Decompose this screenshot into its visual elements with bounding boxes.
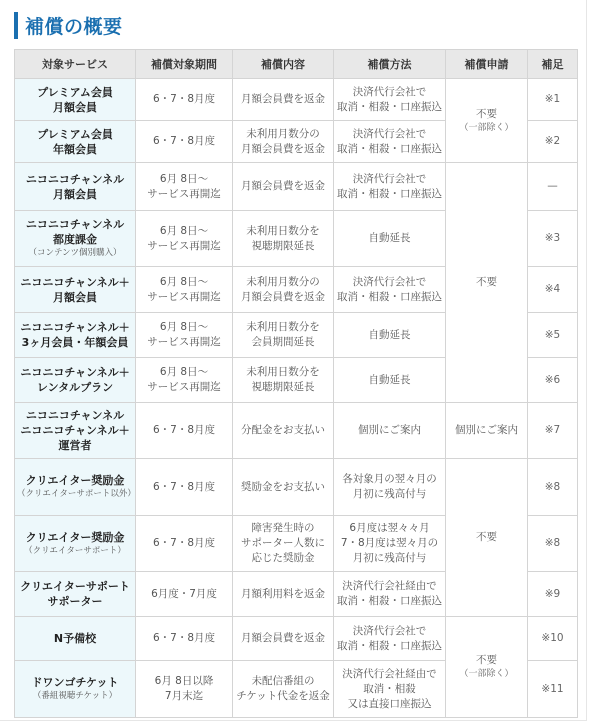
method-line: 決済代行会社で	[336, 85, 443, 100]
application-label: 個別にご案内	[448, 423, 525, 438]
period-line: 6月 8日〜	[138, 320, 230, 335]
application-label: 不要	[448, 275, 525, 290]
note-cell: ※9	[528, 572, 578, 617]
method-line: 取消・相殺・口座振込	[336, 142, 443, 157]
method-cell: 決済代行会社経由で 取消・相殺・口座振込	[334, 572, 446, 617]
content-line: 未配信番組の	[235, 674, 331, 689]
method-line: 月初に残高付与	[336, 487, 443, 502]
content-cell: 分配金をお支払い	[233, 403, 334, 459]
method-line: 取消・相殺・口座振込	[336, 187, 443, 202]
content-line: 未利用月数分の	[235, 275, 331, 290]
service-name-line: ニコニコチャンネル＋	[17, 365, 133, 380]
method-cell: 自動延長	[334, 358, 446, 403]
content-cell: 月額会員費を返金	[233, 79, 334, 121]
table-row: ニコニコチャンネル ニコニコチャンネル＋ 運営者 6・7・8月度 分配金をお支払…	[15, 403, 578, 459]
service-name-line: 都度課金	[17, 232, 133, 247]
content-cell: 月額会員費を返金	[233, 617, 334, 661]
content-line: 奨励金をお支払い	[235, 480, 331, 495]
period-cell: 6月 8日以降 7月末迄	[136, 661, 233, 718]
service-cell: ニコニコチャンネル 都度課金 （コンテンツ個別購入）	[15, 211, 136, 267]
service-name-line: 月額会員	[17, 290, 133, 305]
content-cell: 未利用月数分の 月額会員費を返金	[233, 267, 334, 313]
method-cell: 6月度は翌々々月 7・8月度は翌々月の 月初に残高付与	[334, 516, 446, 572]
content-line: 月額会員費を返金	[235, 142, 331, 157]
service-cell: ニコニコチャンネル ニコニコチャンネル＋ 運営者	[15, 403, 136, 459]
page-title: 補償の概要	[25, 12, 123, 39]
period-cell: 6・7・8月度	[136, 121, 233, 163]
application-cell: 不要 （一部除く）	[446, 617, 528, 718]
period-line: 7月末迄	[138, 689, 230, 704]
table-header-row: 対象サービス 補償対象期間 補償内容 補償方法 補償申請 補足	[15, 50, 578, 79]
table-row: プレミアム会員 月額会員 6・7・8月度 月額会員費を返金 決済代行会社で 取消…	[15, 79, 578, 121]
period-cell: 6月 8日〜 サービス再開迄	[136, 211, 233, 267]
method-line: 又は直接口座振込	[336, 697, 443, 712]
service-name-line: 月額会員	[17, 187, 133, 202]
period-line: サービス再開迄	[138, 380, 230, 395]
period-line: 6月 8日〜	[138, 275, 230, 290]
note-cell: —	[528, 163, 578, 211]
note-cell: ※8	[528, 459, 578, 516]
service-name-line: ニコニコチャンネル＋	[17, 320, 133, 335]
method-cell: 決済代行会社で 取消・相殺・口座振込	[334, 121, 446, 163]
note-cell: ※4	[528, 267, 578, 313]
header-note: 補足	[528, 50, 578, 79]
content-cell: 未利用日数分を 会員期間延長	[233, 313, 334, 358]
application-sub: （一部除く）	[448, 668, 525, 681]
service-name-line: ニコニコチャンネル	[17, 217, 133, 232]
method-cell: 決済代行会社で 取消・相殺・口座振込	[334, 267, 446, 313]
period-cell: 6月 8日〜 サービス再開迄	[136, 163, 233, 211]
method-line: 取消・相殺・口座振込	[336, 100, 443, 115]
method-line: 月初に残高付与	[336, 551, 443, 566]
note-cell: ※5	[528, 313, 578, 358]
service-cell: ニコニコチャンネル＋ レンタルプラン	[15, 358, 136, 403]
method-line: 決済代行会社で	[336, 275, 443, 290]
application-label: 不要	[448, 530, 525, 545]
note-cell: ※6	[528, 358, 578, 403]
method-line: 自動延長	[336, 373, 443, 388]
method-line: 取消・相殺・口座振込	[336, 290, 443, 305]
application-cell: 個別にご案内	[446, 403, 528, 459]
method-line: 個別にご案内	[336, 423, 443, 438]
method-line: 取消・相殺・口座振込	[336, 639, 443, 654]
method-line: 決済代行会社で	[336, 172, 443, 187]
note-cell: ※3	[528, 211, 578, 267]
period-line: 6・7・8月度	[138, 92, 230, 107]
period-cell: 6・7・8月度	[136, 79, 233, 121]
method-line: 決済代行会社経由で	[336, 667, 443, 682]
period-line: サービス再開迄	[138, 290, 230, 305]
application-label: 不要	[448, 107, 525, 122]
period-cell: 6・7・8月度	[136, 459, 233, 516]
application-cell: 不要	[446, 163, 528, 403]
period-line: サービス再開迄	[138, 335, 230, 350]
service-name-line: N予備校	[17, 631, 133, 646]
service-cell: クリエイターサポート サポーター	[15, 572, 136, 617]
application-cell: 不要 （一部除く）	[446, 79, 528, 163]
compensation-table: 対象サービス 補償対象期間 補償内容 補償方法 補償申請 補足 プレミアム会員 …	[14, 49, 578, 718]
content-line: 分配金をお支払い	[235, 423, 331, 438]
content-line: 障害発生時の	[235, 521, 331, 536]
period-cell: 6・7・8月度	[136, 516, 233, 572]
content-line: 未利用日数分を	[235, 320, 331, 335]
content-cell: 未利用月数分の 月額会員費を返金	[233, 121, 334, 163]
content-cell: 未利用日数分を 視聴期限延長	[233, 211, 334, 267]
service-name-line: 3ヶ月会員・年額会員	[17, 335, 133, 350]
service-cell: クリエイター奨励金 （クリエイターサポート）	[15, 516, 136, 572]
header-application: 補償申請	[446, 50, 528, 79]
service-name-line: ニコニコチャンネル	[17, 172, 133, 187]
content-line: サポーター人数に	[235, 536, 331, 551]
service-name-line: サポーター	[17, 594, 133, 609]
content-cell: 月額会員費を返金	[233, 163, 334, 211]
method-line: 決済代行会社で	[336, 624, 443, 639]
header-period: 補償対象期間	[136, 50, 233, 79]
application-sub: （一部除く）	[448, 122, 525, 135]
period-cell: 6月 8日〜 サービス再開迄	[136, 267, 233, 313]
service-name-line: クリエイターサポート	[17, 579, 133, 594]
period-line: 6・7・8月度	[138, 480, 230, 495]
header-service: 対象サービス	[15, 50, 136, 79]
content-line: 月額会員費を返金	[235, 92, 331, 107]
period-cell: 6月 8日〜 サービス再開迄	[136, 358, 233, 403]
service-name-line: プレミアム会員	[17, 127, 133, 142]
note-cell: ※11	[528, 661, 578, 718]
application-label: 不要	[448, 653, 525, 668]
service-cell: クリエイター奨励金 （クリエイターサポート以外）	[15, 459, 136, 516]
heading-accent-bar	[14, 12, 18, 39]
method-line: 自動延長	[336, 231, 443, 246]
note-cell: ※7	[528, 403, 578, 459]
method-cell: 自動延長	[334, 211, 446, 267]
service-name-line: クリエイター奨励金	[17, 473, 133, 488]
service-name-line: プレミアム会員	[17, 85, 133, 100]
period-line: 6・7・8月度	[138, 631, 230, 646]
method-line: 決済代行会社で	[336, 127, 443, 142]
method-line: 7・8月度は翌々月の	[336, 536, 443, 551]
service-subtitle: （番組視聴チケット）	[17, 690, 133, 703]
period-line: 6月 8日〜	[138, 224, 230, 239]
method-line: 各対象月の翌々月の	[336, 472, 443, 487]
note-cell: ※8	[528, 516, 578, 572]
content-line: 月額会員費を返金	[235, 631, 331, 646]
method-line: 自動延長	[336, 328, 443, 343]
header-content: 補償内容	[233, 50, 334, 79]
content-cell: 障害発生時の サポーター人数に 応じた奨励金	[233, 516, 334, 572]
period-line: 6・7・8月度	[138, 423, 230, 438]
method-line: 取消・相殺・口座振込	[336, 594, 443, 609]
method-cell: 決済代行会社で 取消・相殺・口座振込	[334, 163, 446, 211]
header-method: 補償方法	[334, 50, 446, 79]
service-cell: プレミアム会員 年額会員	[15, 121, 136, 163]
service-cell: ニコニコチャンネル＋ 月額会員	[15, 267, 136, 313]
service-cell: ドワンゴチケット （番組視聴チケット）	[15, 661, 136, 718]
service-name-line: ニコニコチャンネル＋	[17, 423, 133, 438]
table-row: ニコニコチャンネル 月額会員 6月 8日〜 サービス再開迄 月額会員費を返金 決…	[15, 163, 578, 211]
content-line: 未利用月数分の	[235, 127, 331, 142]
service-name-line: 運営者	[17, 438, 133, 453]
period-line: 6・7・8月度	[138, 134, 230, 149]
service-cell: N予備校	[15, 617, 136, 661]
method-line: 6月度は翌々々月	[336, 521, 443, 536]
service-name-line: 年額会員	[17, 142, 133, 157]
period-line: 6月 8日〜	[138, 365, 230, 380]
period-cell: 6・7・8月度	[136, 403, 233, 459]
content-line: チケット代金を返金	[235, 689, 331, 704]
method-cell: 決済代行会社で 取消・相殺・口座振込	[334, 617, 446, 661]
service-name-line: ニコニコチャンネル＋	[17, 275, 133, 290]
content-line: 視聴期限延長	[235, 239, 331, 254]
content-line: 会員期間延長	[235, 335, 331, 350]
service-cell: プレミアム会員 月額会員	[15, 79, 136, 121]
content-line: 応じた奨励金	[235, 551, 331, 566]
period-line: サービス再開迄	[138, 187, 230, 202]
service-name-line: ニコニコチャンネル	[17, 408, 133, 423]
period-line: 6・7・8月度	[138, 536, 230, 551]
method-cell: 各対象月の翌々月の 月初に残高付与	[334, 459, 446, 516]
content-cell: 未利用日数分を 視聴期限延長	[233, 358, 334, 403]
content-cell: 未配信番組の チケット代金を返金	[233, 661, 334, 718]
method-cell: 個別にご案内	[334, 403, 446, 459]
table-row: N予備校 6・7・8月度 月額会員費を返金 決済代行会社で 取消・相殺・口座振込…	[15, 617, 578, 661]
service-subtitle: （クリエイターサポート以外）	[17, 488, 133, 501]
service-name-line: 月額会員	[17, 100, 133, 115]
section-heading: 補償の概要	[14, 11, 123, 39]
content-cell: 月額利用料を返金	[233, 572, 334, 617]
period-cell: 6・7・8月度	[136, 617, 233, 661]
period-line: サービス再開迄	[138, 239, 230, 254]
content-line: 月額会員費を返金	[235, 290, 331, 305]
table-row: クリエイター奨励金 （クリエイターサポート以外） 6・7・8月度 奨励金をお支払…	[15, 459, 578, 516]
service-cell: ニコニコチャンネル 月額会員	[15, 163, 136, 211]
service-name-line: ドワンゴチケット	[17, 675, 133, 690]
method-cell: 決済代行会社で 取消・相殺・口座振込	[334, 79, 446, 121]
period-line: 6月度・7月度	[138, 587, 230, 602]
application-cell: 不要	[446, 459, 528, 617]
content-line: 月額会員費を返金	[235, 179, 331, 194]
service-cell: ニコニコチャンネル＋ 3ヶ月会員・年額会員	[15, 313, 136, 358]
service-name-line: レンタルプラン	[17, 380, 133, 395]
period-cell: 6月度・7月度	[136, 572, 233, 617]
service-subtitle: （クリエイターサポート）	[17, 545, 133, 558]
method-line: 取消・相殺	[336, 682, 443, 697]
note-cell: ※1	[528, 79, 578, 121]
method-line: 決済代行会社経由で	[336, 579, 443, 594]
method-cell: 決済代行会社経由で 取消・相殺 又は直接口座振込	[334, 661, 446, 718]
service-subtitle: （コンテンツ個別購入）	[17, 247, 133, 260]
content-line: 未利用日数分を	[235, 365, 331, 380]
period-line: 6月 8日以降	[138, 674, 230, 689]
period-cell: 6月 8日〜 サービス再開迄	[136, 313, 233, 358]
service-name-line: クリエイター奨励金	[17, 530, 133, 545]
content-cell: 奨励金をお支払い	[233, 459, 334, 516]
note-cell: ※2	[528, 121, 578, 163]
content-line: 月額利用料を返金	[235, 587, 331, 602]
method-cell: 自動延長	[334, 313, 446, 358]
content-line: 未利用日数分を	[235, 224, 331, 239]
content-line: 視聴期限延長	[235, 380, 331, 395]
note-cell: ※10	[528, 617, 578, 661]
period-line: 6月 8日〜	[138, 172, 230, 187]
